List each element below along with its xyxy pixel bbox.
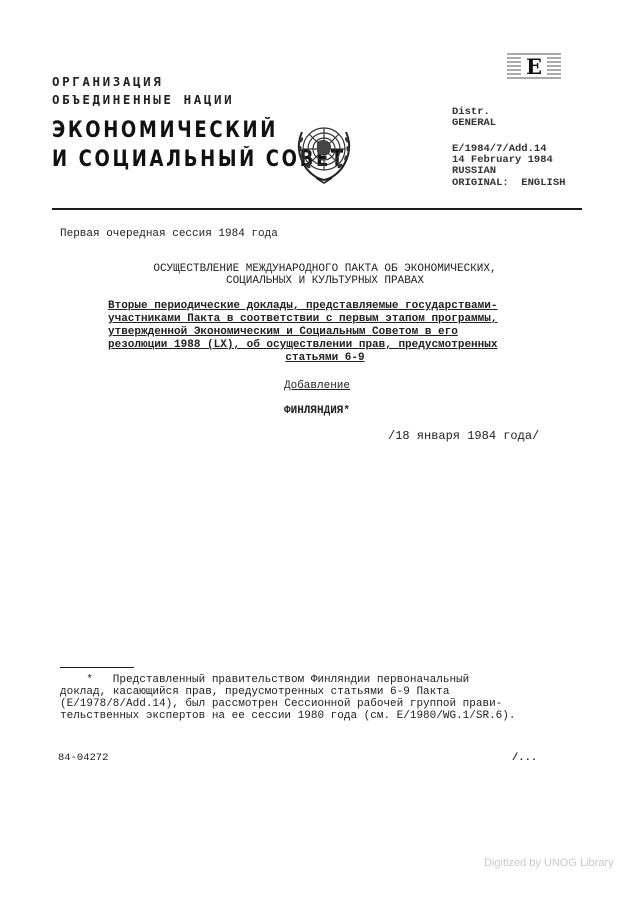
footnote-separator	[60, 667, 134, 668]
subtitle-line-3: утвержденной Экономическим и Социальным …	[108, 326, 458, 339]
digitization-watermark: Digitized by UNOG Library	[484, 857, 614, 869]
document-original-date: /18 января 1984 года/	[388, 430, 539, 443]
subtitle-line-1: Вторые периодические доклады, представля…	[108, 300, 497, 313]
subtitle-line-2: участниками Пакта в соответствии с первы…	[108, 313, 497, 326]
footnote-line-1: * Представленный правительством Финлянди…	[60, 674, 469, 687]
title-line-1: ОСУЩЕСТВЛЕНИЕ МЕЖДУНАРОДНОГО ПАКТА ОБ ЭК…	[60, 263, 590, 276]
continued-marker: /...	[512, 752, 537, 764]
footnote-line-2: доклад, касающийся прав, предусмотренных…	[60, 686, 449, 699]
svg-text:E: E	[526, 54, 542, 79]
footnote-line-3: (E/1978/8/Add.14), был рассмотрен Сессио…	[60, 698, 502, 711]
addendum-label: Добавление	[284, 380, 350, 393]
org-line-2: ОБЪЕДИНЕННЫЕ НАЦИИ	[52, 92, 234, 107]
title-line-2: СОЦИАЛЬНЫХ И КУЛЬТУРНЫХ ПРАВАХ	[60, 275, 590, 288]
header-divider	[52, 208, 582, 210]
org-line-1: ОРГАНИЗАЦИЯ	[52, 74, 163, 89]
language-badge-e-icon: E	[507, 52, 561, 82]
footnote-line-4: тельственных экспертов на ее сессии 1980…	[60, 710, 515, 723]
distr-value: GENERAL	[452, 117, 496, 129]
council-title-line-1: ЭКОНОМИЧЕСКИЙ	[52, 118, 278, 143]
job-number: 84-04272	[58, 752, 108, 764]
original-language: ORIGINAL: ENGLISH	[452, 177, 565, 189]
document-language: RUSSIAN	[452, 165, 496, 177]
subtitle-line-5: статьями 6-9	[60, 352, 590, 365]
un-emblem-icon	[292, 118, 356, 188]
session-text: Первая очередная сессия 1984 года	[60, 228, 278, 241]
subtitle-line-4: резолюции 1988 (LX), об осуществлении пр…	[108, 339, 497, 352]
country-name: ФИНЛЯНДИЯ*	[284, 405, 350, 418]
